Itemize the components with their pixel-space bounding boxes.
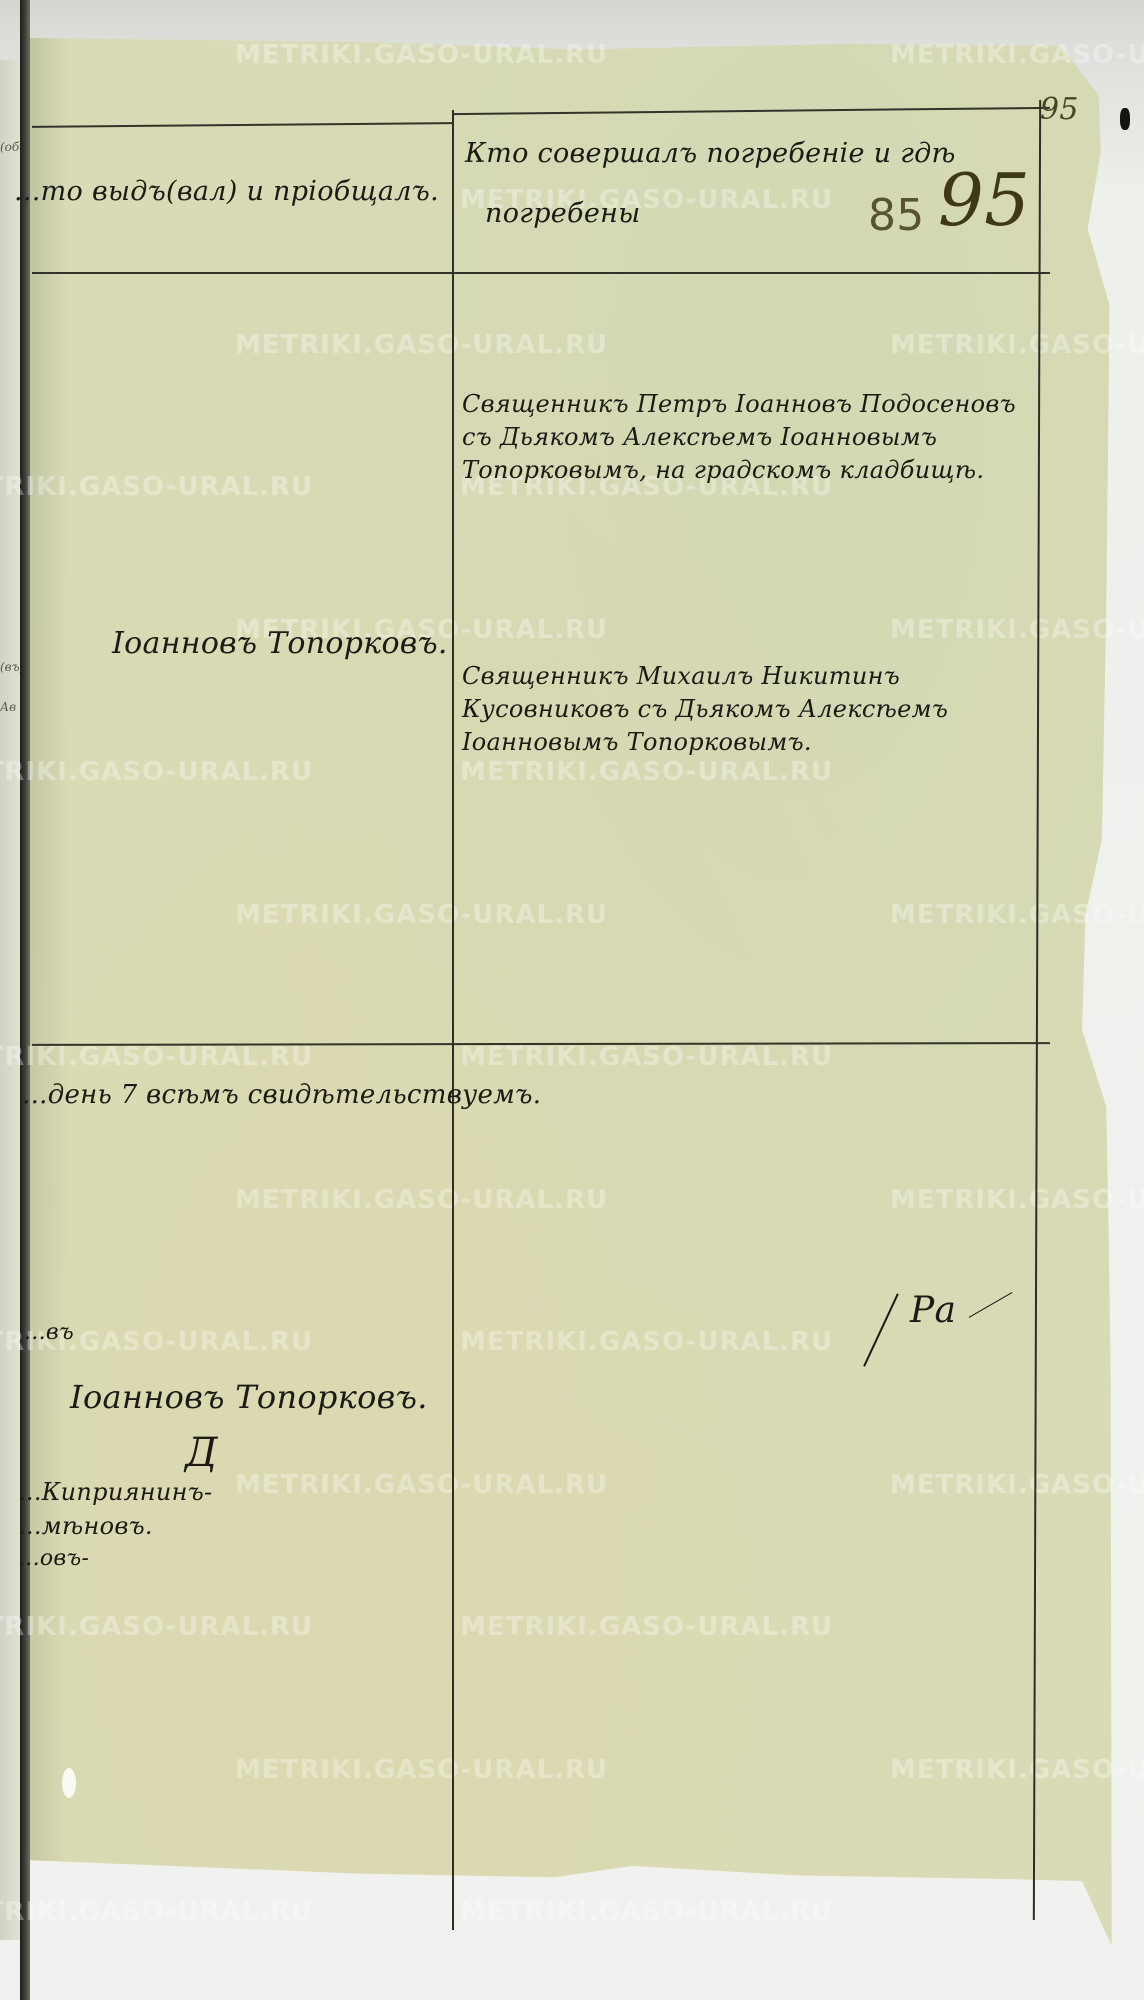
margin-fragment: (въ) (0, 660, 22, 674)
column-rule (452, 110, 454, 1930)
watermark: METRIKI.GASO-URAL.RU (460, 1612, 833, 1642)
folio-number-ink: 95 (938, 158, 1030, 242)
watermark: METRIKI.GASO-URAL.RU (890, 1470, 1144, 1500)
watermark: METRIKI.GASO-URAL.RU (890, 330, 1144, 360)
clergy-name-1: ...Киприянинъ- (18, 1478, 212, 1506)
watermark: METRIKI.GASO-URAL.RU (460, 757, 833, 787)
watermark: METRIKI.GASO-URAL.RU (235, 330, 608, 360)
watermark: METRIKI.GASO-URAL.RU (0, 1897, 313, 1927)
watermark: METRIKI.GASO-URAL.RU (0, 1042, 313, 1072)
column-header-communion: ...то выдъ(вал) и пріобщалъ. (14, 176, 439, 207)
watermark: METRIKI.GASO-URAL.RU (890, 1755, 1144, 1785)
watermark: METRIKI.GASO-URAL.RU (235, 40, 608, 70)
paper-hole (62, 1768, 76, 1798)
corner-folio-mark: 95 (1040, 92, 1079, 127)
column-header-burial-line2: погребены (485, 198, 641, 229)
margin-fragment: (обо) (0, 140, 22, 154)
clergy-name-2: ...мѣновъ. (18, 1512, 153, 1540)
folio-number-pencil: 85 (868, 190, 925, 241)
watermark: METRIKI.GASO-URAL.RU (890, 615, 1144, 645)
summary-signature: Іоанновъ Топорковъ. (70, 1378, 428, 1416)
burial-entry-2: Священникъ Михаилъ Никитинъ Кусовниковъ … (462, 660, 1062, 759)
watermark: METRIKI.GASO-URAL.RU (0, 472, 313, 502)
watermark: METRIKI.GASO-URAL.RU (0, 1612, 313, 1642)
margin-fragment: Ав (0, 700, 22, 714)
signature-flourish: Д (185, 1430, 218, 1476)
watermark: METRIKI.GASO-URAL.RU (890, 40, 1144, 70)
watermark: METRIKI.GASO-URAL.RU (460, 1327, 833, 1357)
column-header-burial-line1: Кто совершалъ погребеніе и гдѣ (465, 138, 956, 169)
watermark: METRIKI.GASO-URAL.RU (890, 1185, 1144, 1215)
watermark: METRIKI.GASO-URAL.RU (0, 757, 313, 787)
watermark: METRIKI.GASO-URAL.RU (235, 1755, 608, 1785)
entry-2-signature: Іоанновъ Топорковъ. (112, 626, 448, 661)
summary-attestation: ...день 7 всѣмъ свидѣтельствуемъ. (22, 1080, 541, 1110)
watermark: METRIKI.GASO-URAL.RU (235, 1470, 608, 1500)
watermark: METRIKI.GASO-URAL.RU (890, 900, 1144, 930)
watermark: METRIKI.GASO-URAL.RU (460, 1042, 833, 1072)
clergy-name-3: ...овъ- (18, 1546, 89, 1571)
margin-fragment: ...въ (24, 1320, 74, 1345)
watermark: METRIKI.GASO-URAL.RU (235, 1185, 608, 1215)
book-gutter (20, 0, 30, 2000)
table-rule (32, 272, 1050, 274)
watermark: METRIKI.GASO-URAL.RU (235, 900, 608, 930)
summary-mark: Ра (910, 1290, 956, 1331)
watermark: METRIKI.GASO-URAL.RU (460, 1897, 833, 1927)
register-page (28, 38, 1126, 1946)
previous-page-edge: (обо) (въ) Ав (0, 60, 22, 1940)
ink-blot (1120, 108, 1130, 130)
burial-entry-1: Священникъ Петръ Іоанновъ Подосеновъ съ … (462, 388, 1042, 487)
